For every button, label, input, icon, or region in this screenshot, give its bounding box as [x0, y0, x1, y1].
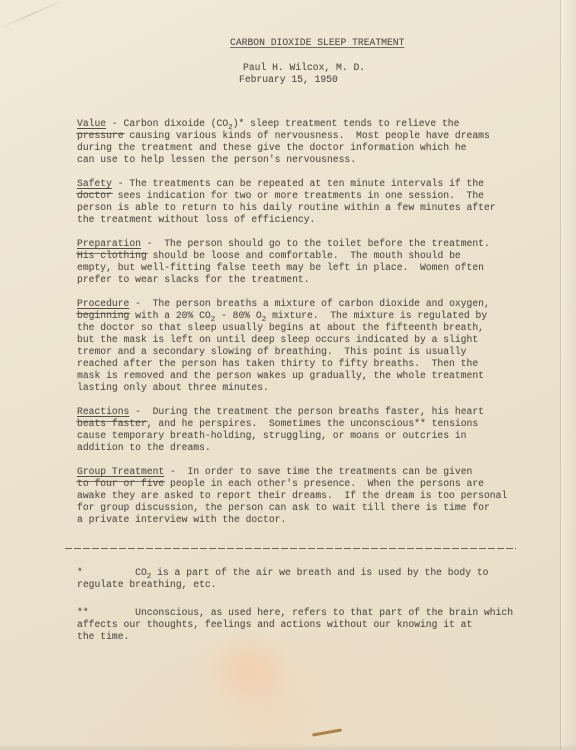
text-line: Value - Carbon dixoide (CO2)* sleep trea… — [77, 118, 576, 130]
footnote-co2: * CO2 is a part of the air we breath and… — [77, 567, 576, 591]
paragraph-reactions: Reactions - During the treatment the per… — [77, 406, 576, 454]
text-line: the time. — [77, 631, 576, 643]
text-line: pressure causing various kinds of nervou… — [77, 130, 576, 142]
text-line: doctor sees indication for two or more t… — [77, 190, 576, 202]
text-line: Preparation - The person should go to th… — [77, 238, 576, 250]
page-bottom-edge — [0, 744, 576, 750]
footnote-unconscious: ** Unconscious, as used here, refers to … — [77, 607, 576, 643]
paragraph-safety: Safety - The treatments can be repeated … — [77, 178, 576, 226]
paragraph-procedure: Procedure - The person breaths a mixture… — [77, 298, 576, 394]
text-line: the treatment without loss of efficiency… — [77, 214, 576, 226]
text-line: empty, but well-fitting false teeth may … — [77, 262, 576, 274]
document-title-text: CARBON DIOXIDE SLEEP TREATMENT — [230, 37, 404, 48]
text-line: ** Unconscious, as used here, refers to … — [77, 607, 576, 619]
text-line: mask is removed and the person wakes up … — [77, 370, 576, 382]
paragraph-preparation: Preparation - The person should go to th… — [77, 238, 576, 286]
text-line: beats faster, and he perspires. Sometime… — [77, 418, 576, 430]
text-line: addition to the dreams. — [77, 442, 576, 454]
text-line: regulate breathing, etc. — [77, 579, 576, 591]
document-page: CARBON DIOXIDE SLEEP TREATMENT Paul H. W… — [0, 0, 576, 750]
text-line: for group discussion, the person can ask… — [77, 502, 576, 514]
document-date: February 15, 1950 — [239, 74, 576, 86]
text-line: His clothing should be loose and comfort… — [77, 250, 576, 262]
paragraph-group-treatment: Group Treatment - In order to save time … — [77, 466, 576, 526]
byline: Paul H. Wilcox, M. D. February 15, 1950 — [239, 62, 576, 86]
text-line: during the treatment and these give the … — [77, 142, 576, 154]
text-line: affects our thoughts, feelings and actio… — [77, 619, 576, 631]
document-title: CARBON DIOXIDE SLEEP TREATMENT — [230, 37, 576, 49]
text-line: but the mask is left on until deep sleep… — [77, 334, 576, 346]
text-line: Reactions - During the treatment the per… — [77, 406, 576, 418]
text-line: a private interview with the doctor. — [77, 514, 576, 526]
text-line: person is able to return to his daily ro… — [77, 202, 576, 214]
text-line: beginning with a 20% CO2 - 80% O2 mixtur… — [77, 310, 576, 322]
text-line: awake they are asked to report their dre… — [77, 490, 576, 502]
text-line: Procedure - The person breaths a mixture… — [77, 298, 576, 310]
author-name: Paul H. Wilcox, M. D. — [239, 62, 576, 74]
text-line: cause temporary breath-holding, struggli… — [77, 430, 576, 442]
text-line: Group Treatment - In order to save time … — [77, 466, 576, 478]
paper-scratch-mark — [312, 728, 342, 736]
paragraph-value: Value - Carbon dixoide (CO2)* sleep trea… — [77, 118, 576, 166]
text-line: reached after the person has taken thirt… — [77, 358, 576, 370]
text-line: lasting only about three minutes. — [77, 382, 576, 394]
text-line: prefer to wear slacks for the treatment. — [77, 274, 576, 286]
footnote-separator — [65, 548, 516, 550]
text-line: Safety - The treatments can be repeated … — [77, 178, 576, 190]
text-line: to four or five people in each other's p… — [77, 478, 576, 490]
text-line: tremor and a secondary slowing of breath… — [77, 346, 576, 358]
text-line: can use to help lessen the person's nerv… — [77, 154, 576, 166]
typed-document-content: CARBON DIOXIDE SLEEP TREATMENT Paul H. W… — [0, 0, 576, 643]
text-line: the doctor so that sleep usually begins … — [77, 322, 576, 334]
text-line: * CO2 is a part of the air we breath and… — [77, 567, 576, 579]
